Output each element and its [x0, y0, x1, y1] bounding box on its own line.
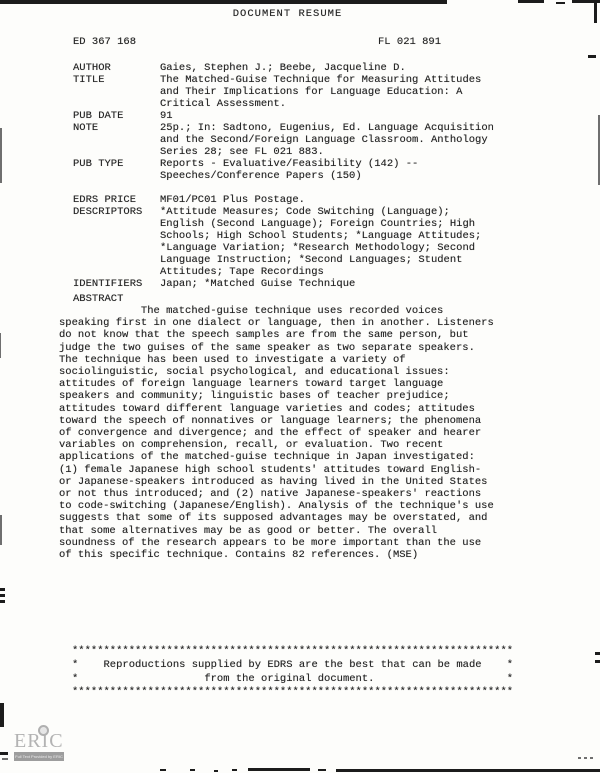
scan-artifact [190, 769, 195, 771]
field-note: NOTE 25p.; In: Sadtono, Eugenius, Ed. La… [73, 122, 513, 158]
scan-artifact [595, 660, 600, 663]
field-value: Japan; *Matched Guise Technique [160, 278, 513, 290]
abstract-label: ABSTRACT [73, 293, 123, 305]
edrs-reproduction-notice: ****************************************… [72, 645, 513, 700]
scan-artifact [0, 752, 8, 755]
field-author: AUTHOR Gaies, Stephen J.; Beebe, Jacquel… [73, 62, 513, 74]
document-resume-title: DOCUMENT RESUME [60, 8, 515, 20]
scan-artifact [595, 652, 600, 655]
field-label: TITLE [73, 74, 160, 86]
field-value: 91 [160, 110, 513, 122]
field-value: The Matched-Guise Technique for Measurin… [160, 74, 513, 110]
field-pub-date: PUB DATE 91 [73, 110, 513, 122]
scan-artifact [584, 757, 587, 759]
scan-artifact [160, 769, 166, 771]
eric-logo-dot-icon [38, 725, 49, 736]
document-resume-page: DOCUMENT RESUME ED 367 168 FL 021 891 AU… [0, 0, 600, 773]
field-value: Reports - Evaluative/Feasibility (142) -… [160, 158, 513, 182]
scan-artifact [556, 2, 565, 4]
field-label: PUB TYPE [73, 158, 160, 170]
scan-artifact [2, 758, 8, 760]
scan-artifact [0, 128, 2, 183]
field-edrs-price: EDRS PRICE MF01/PC01 Plus Postage. [73, 194, 513, 206]
scan-artifact [590, 757, 593, 759]
field-label: AUTHOR [73, 62, 160, 74]
scan-artifact [578, 757, 581, 759]
scan-artifact [594, 3, 597, 23]
scan-artifact [0, 600, 5, 603]
scan-artifact [588, 55, 596, 58]
field-label: IDENTIFIERS [73, 278, 160, 290]
scan-artifact [518, 0, 544, 3]
field-label: NOTE [73, 122, 160, 134]
abstract-text: The matched-guise technique uses recorde… [59, 305, 494, 561]
scan-artifact [0, 333, 1, 358]
scan-artifact [232, 769, 237, 771]
scan-artifact [336, 769, 600, 772]
field-label: DESCRIPTORS [73, 206, 160, 218]
eric-logo-tagline: Full Text Provided by ERIC [14, 752, 64, 761]
field-pub-type: PUB TYPE Reports - Evaluative/Feasibilit… [73, 158, 513, 182]
fl-number: FL 021 891 [378, 36, 441, 48]
field-label: PUB DATE [73, 110, 160, 122]
field-descriptors: DESCRIPTORS *Attitude Measures; Code Swi… [73, 206, 513, 278]
field-value: MF01/PC01 Plus Postage. [160, 194, 513, 206]
bibliographic-fields: AUTHOR Gaies, Stephen J.; Beebe, Jacquel… [73, 62, 513, 290]
eric-logo: ERIC Full Text Provided by ERIC [14, 731, 70, 761]
scan-artifact [214, 770, 218, 772]
scan-artifact [0, 0, 447, 4]
scan-artifact [248, 768, 310, 771]
field-label: EDRS PRICE [73, 194, 160, 206]
field-identifiers: IDENTIFIERS Japan; *Matched Guise Techni… [73, 278, 513, 290]
scan-artifact [0, 703, 4, 727]
field-value: 25p.; In: Sadtono, Eugenius, Ed. Languag… [160, 122, 513, 158]
scan-artifact [0, 588, 5, 591]
field-title: TITLE The Matched-Guise Technique for Me… [73, 74, 513, 110]
ed-number: ED 367 168 [73, 36, 136, 48]
field-value: Gaies, Stephen J.; Beebe, Jacqueline D. [160, 62, 513, 74]
scan-artifact [0, 594, 5, 597]
scan-artifact [0, 515, 2, 545]
field-value: *Attitude Measures; Code Switching (Lang… [160, 206, 513, 278]
scan-artifact [318, 769, 326, 771]
